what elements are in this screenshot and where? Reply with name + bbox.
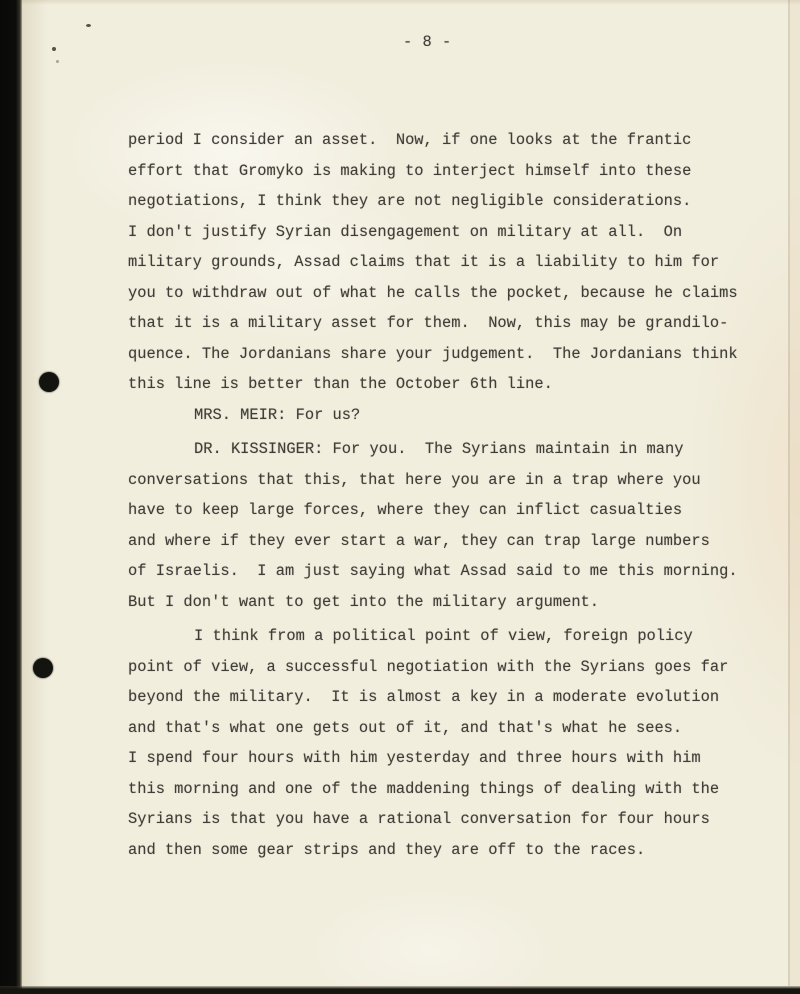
bottom-scan-edge <box>0 986 800 994</box>
text-line: MRS. MEIR: For us? <box>128 405 768 436</box>
text-line: that it is a military asset for them. No… <box>128 313 768 344</box>
hole-punch-mark <box>39 372 59 392</box>
text-line: conversations that this, that here you a… <box>128 470 768 501</box>
paper-crease-line <box>788 0 790 986</box>
text-line: effort that Gromyko is making to interje… <box>128 161 768 192</box>
text-line: quence. The Jordanians share your judgem… <box>128 344 768 375</box>
hole-punch-mark <box>33 658 53 678</box>
text-line: period I consider an asset. Now, if one … <box>128 130 768 161</box>
text-line: and then some gear strips and they are o… <box>128 840 768 871</box>
text-line: negotiations, I think they are not negli… <box>128 191 768 222</box>
text-line: and that's what one gets out of it, and … <box>128 718 768 749</box>
text-line: I think from a political point of view, … <box>128 626 768 657</box>
text-line: of Israelis. I am just saying what Assad… <box>128 561 768 592</box>
text-line: this morning and one of the maddening th… <box>128 779 768 810</box>
text-line: DR. KISSINGER: For you. The Syrians main… <box>128 439 768 470</box>
binding-edge <box>0 0 22 994</box>
text-line: beyond the military. It is almost a key … <box>128 687 768 718</box>
scanned-document-page: - 8 - period I consider an asset. Now, i… <box>0 0 800 994</box>
document-body: period I consider an asset. Now, if one … <box>128 130 768 870</box>
text-line: point of view, a successful negotiation … <box>128 657 768 688</box>
paper-right-edge-tint <box>790 0 800 986</box>
text-line: Syrians is that you have a rational conv… <box>128 809 768 840</box>
text-line: have to keep large forces, where they ca… <box>128 500 768 531</box>
paper-speck <box>86 24 91 27</box>
text-line: military grounds, Assad claims that it i… <box>128 252 768 283</box>
page-number: - 8 - <box>403 33 452 51</box>
text-line: this line is better than the October 6th… <box>128 374 768 405</box>
paper-speck <box>52 47 56 51</box>
paper-speck <box>56 60 59 63</box>
text-line: But I don't want to get into the militar… <box>128 592 768 623</box>
text-line: I spend four hours with him yesterday an… <box>128 748 768 779</box>
text-line: I don't justify Syrian disengagement on … <box>128 222 768 253</box>
text-line: and where if they ever start a war, they… <box>128 531 768 562</box>
text-line: you to withdraw out of what he calls the… <box>128 283 768 314</box>
